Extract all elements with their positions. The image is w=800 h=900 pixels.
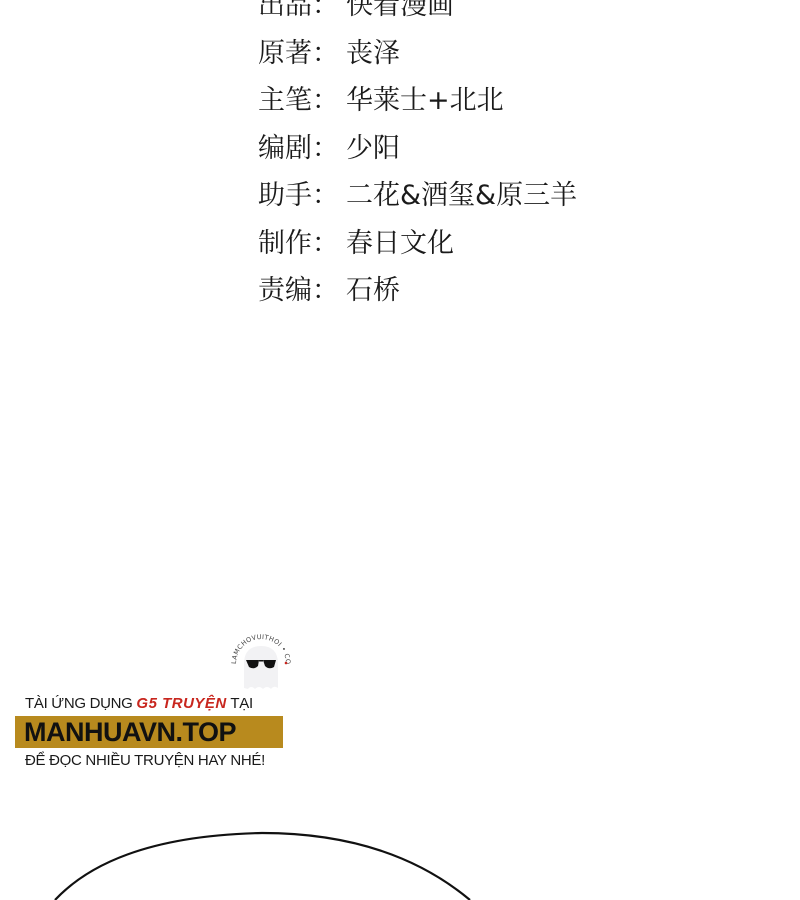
- credit-label: 制作：: [258, 220, 346, 268]
- site-name-band: MANHUAVN.TOP: [15, 716, 283, 748]
- credit-row-production: 制作： 春日文化: [258, 220, 577, 268]
- credits-list: 出品： 快看漫画 原著： 丧泽 主笔： 华莱士+北北 编剧： 少阳 助手： 二花…: [258, 0, 577, 315]
- credit-label: 出品：: [258, 0, 346, 30]
- speech-bubble-outline: [0, 820, 800, 900]
- credit-label: 主笔：: [258, 77, 346, 125]
- credit-value: 二花&酒玺&原三羊: [346, 172, 577, 220]
- credit-row-script: 编剧： 少阳: [258, 125, 577, 173]
- credit-value: 少阳: [346, 125, 400, 173]
- credit-value: 春日文化: [346, 220, 454, 268]
- promo-line-1-prefix: TÀI ỨNG DỤNG: [25, 695, 136, 712]
- credit-label: 原著：: [258, 30, 346, 78]
- promo-banner: TÀI ỨNG DỤNG G5 TRUYỆN TẠI MANHUAVN.TOP …: [15, 692, 283, 774]
- credit-label: 助手：: [258, 172, 346, 220]
- credit-value: 华莱士+北北: [346, 77, 504, 125]
- credit-value: 快看漫画: [346, 0, 454, 30]
- credit-row-assistants: 助手： 二花&酒玺&原三羊: [258, 172, 577, 220]
- credit-value: 丧泽: [346, 30, 400, 78]
- credit-value: 石桥: [346, 267, 400, 315]
- credit-row-original-author: 原著： 丧泽: [258, 30, 577, 78]
- promo-line-1-suffix: TẠI: [227, 695, 253, 712]
- promo-line-1: TÀI ỨNG DỤNG G5 TRUYỆN TẠI: [15, 692, 283, 716]
- credit-label: 责编：: [258, 267, 346, 315]
- credit-label: 编剧：: [258, 125, 346, 173]
- credit-row-lead-artist: 主笔： 华莱士+北北: [258, 77, 577, 125]
- app-name-highlight: G5 TRUYỆN: [136, 695, 226, 712]
- promo-line-3: ĐỂ ĐỌC NHIỀU TRUYỆN HAY NHÉ!: [15, 748, 283, 774]
- credit-row-editor: 责编： 石桥: [258, 267, 577, 315]
- ghost-mascot-icon: LAMCHOVUITHOI • COMIC: [226, 630, 296, 700]
- credit-row-publisher: 出品： 快看漫画: [258, 0, 577, 30]
